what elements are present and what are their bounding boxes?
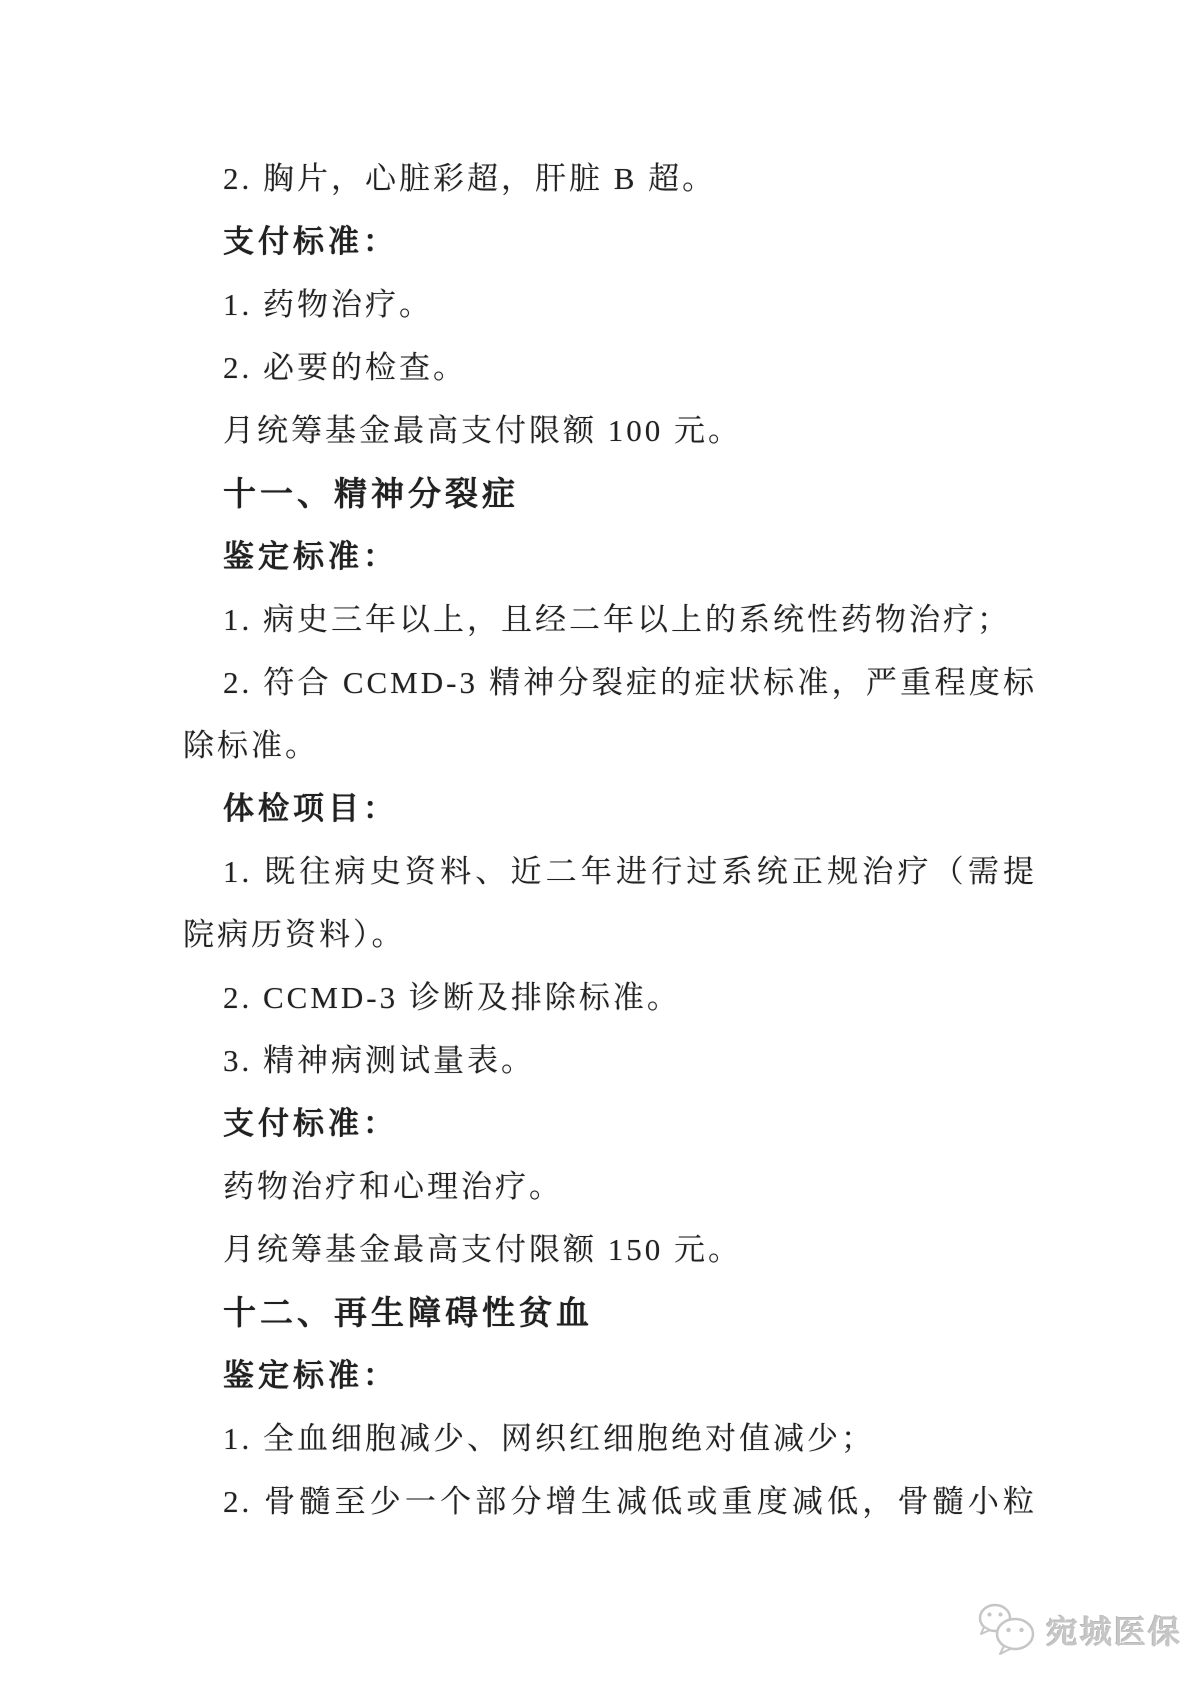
wechat-icon: [976, 1601, 1038, 1659]
document-line: 鉴定标准：: [183, 525, 1037, 588]
document-line: 2. 必要的检查。: [183, 336, 1037, 399]
document-line: 鉴定标准：: [183, 1344, 1037, 1407]
document-line: 月统筹基金最高支付限额 100 元。: [183, 399, 1037, 462]
document-line: 月统筹基金最高支付限额 150 元。: [183, 1218, 1037, 1281]
document-line: 3. 精神病测试量表。: [183, 1029, 1037, 1092]
document-body: 2. 胸片，心脏彩超，肝脏 B 超。支付标准：1. 药物治疗。2. 必要的检查。…: [183, 147, 1037, 1533]
document-line: 支付标准：: [183, 210, 1037, 273]
document-line: 2. CCMD-3 诊断及排除标准。: [183, 966, 1037, 1029]
document-line: 1. 既往病史资料、近二年进行过系统正规治疗（需提供门诊或住: [183, 840, 1037, 903]
document-line: 十一、精神分裂症: [183, 462, 1037, 525]
document-line: 体检项目：: [183, 777, 1037, 840]
document-line: 支付标准：: [183, 1092, 1037, 1155]
document-line: 1. 药物治疗。: [183, 273, 1037, 336]
watermark-label: 宛城医保: [1046, 1607, 1182, 1653]
document-line: 十二、再生障碍性贫血: [183, 1281, 1037, 1344]
document-line: 2. 符合 CCMD-3 精神分裂症的症状标准，严重程度标准、病程及排: [183, 651, 1037, 714]
document-page: 2. 胸片，心脏彩超，肝脏 B 超。支付标准：1. 药物治疗。2. 必要的检查。…: [0, 0, 1200, 1696]
document-line: 2. 胸片，心脏彩超，肝脏 B 超。: [183, 147, 1037, 210]
document-line: 院病历资料）。: [183, 903, 1037, 966]
watermark: 宛城医保: [976, 1601, 1182, 1659]
document-line: 除标准。: [183, 714, 1037, 777]
document-line: 1. 全血细胞减少、网织红细胞绝对值减少；: [183, 1407, 1037, 1470]
document-line: 1. 病史三年以上，且经二年以上的系统性药物治疗；: [183, 588, 1037, 651]
document-line: 2. 骨髓至少一个部分增生减低或重度减低，骨髓小粒非造血细胞: [183, 1470, 1037, 1533]
document-line: 药物治疗和心理治疗。: [183, 1155, 1037, 1218]
